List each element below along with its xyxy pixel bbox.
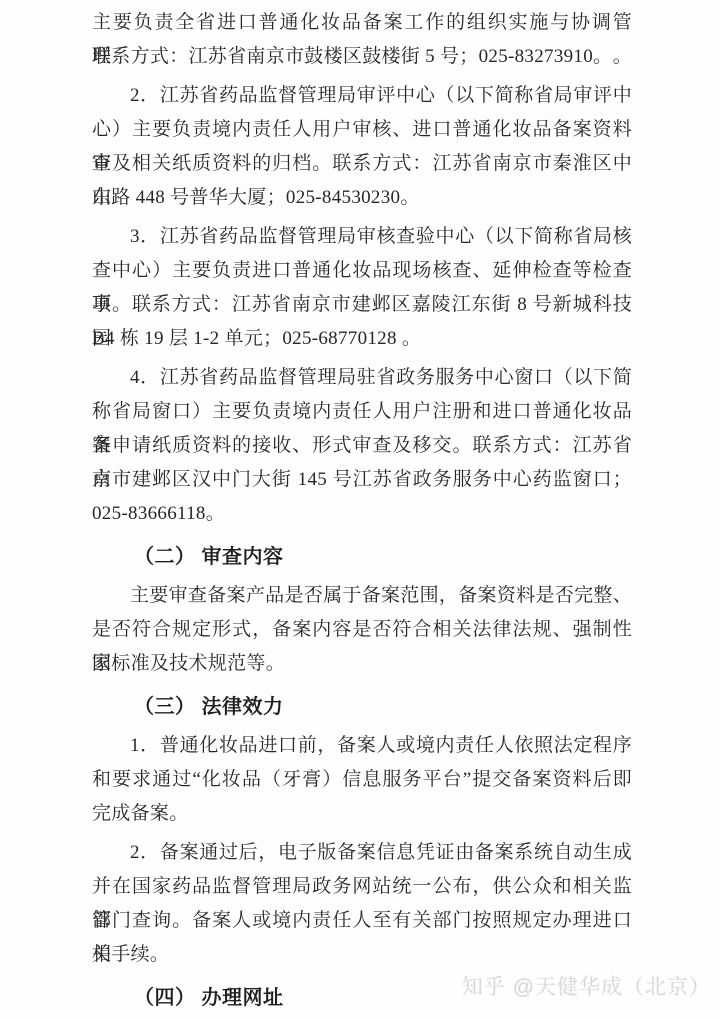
paragraph-item-4: 4．江苏省药品监督管理局驻省政务服务中心窗口（以下简 称省局窗口）主要负责境内责… <box>92 361 632 531</box>
text-line: 东路 448 号普华大厦；025-84530230。 <box>92 181 632 215</box>
text-line: 家标准及技术规范等。 <box>92 647 632 681</box>
document-body: 主要负责全省进口普通化妆品备案工作的组织实施与协调管理。 联系方式：江苏省南京市… <box>92 6 632 1015</box>
paragraph: 2．备案通过后，电子版备案信息凭证由备案系统自动生成 并在国家药品监督管理局政务… <box>92 836 632 972</box>
text-line: 2．江苏省药品监督管理局审评中心（以下简称省局审评中 <box>92 79 632 113</box>
text-line: 是否符合规定形式，备案内容是否符合相关法律法规、强制性国 <box>92 613 632 647</box>
text-line: 查中心）主要负责进口普通化妆品现场核查、延伸检查等检查事 <box>92 254 632 288</box>
paragraph-item-2: 2．江苏省药品监督管理局审评中心（以下简称省局审评中 心）主要负责境内责任人用户… <box>92 79 632 215</box>
text-line: 心）主要负责境内责任人用户审核、进口普通化妆品备案资料审 <box>92 113 632 147</box>
text-line: 完成备案。 <box>92 797 632 831</box>
text-line: 关手续。 <box>92 938 632 972</box>
text-line: 联系方式：江苏省南京市鼓楼区鼓楼街 5 号；025-83273910。 <box>92 40 632 74</box>
text-line: 查及相关纸质资料的归档。联系方式：江苏省南京市秦淮区中山 <box>92 147 632 181</box>
text-line: 称省局窗口）主要负责境内责任人用户注册和进口普通化妆品备 <box>92 395 632 429</box>
paragraph: 主要审查备案产品是否属于备案范围，备案资料是否完整、 是否符合规定形式，备案内容… <box>92 579 632 681</box>
document-page: 主要负责全省进口普通化妆品备案工作的组织实施与协调管理。 联系方式：江苏省南京市… <box>0 0 720 1019</box>
text-line: 3．江苏省药品监督管理局审核查验中心（以下简称省局核 <box>92 220 632 254</box>
zhihu-watermark: 知乎 @天健华成（北京） <box>462 971 711 1001</box>
section-heading-review-content: （二） 审查内容 <box>92 540 632 574</box>
text-line: 项。联系方式：江苏省南京市建邺区嘉陵江东街 8 号新城科技园 <box>92 288 632 322</box>
section-heading-legal-effect: （三） 法律效力 <box>92 690 632 724</box>
text-line: 1．普通化妆品进口前，备案人或境内责任人依照法定程序 <box>92 729 632 763</box>
text-line: 2．备案通过后，电子版备案信息凭证由备案系统自动生成 <box>92 836 632 870</box>
text-line: 和要求通过“化妆品（牙膏）信息服务平台”提交备案资料后即 <box>92 763 632 797</box>
text-line: B4 栋 19 层 1-2 单元；025-68770128 。 <box>92 322 632 356</box>
text-line: 主要审查备案产品是否属于备案范围，备案资料是否完整、 <box>92 579 632 613</box>
text-line: 025-83666118。 <box>92 497 632 531</box>
text-line: 4．江苏省药品监督管理局驻省政务服务中心窗口（以下简 <box>92 361 632 395</box>
paragraph-continuation: 主要负责全省进口普通化妆品备案工作的组织实施与协调管理。 联系方式：江苏省南京市… <box>92 6 632 74</box>
text-line: 主要负责全省进口普通化妆品备案工作的组织实施与协调管理。 <box>92 6 632 40</box>
text-line: 并在国家药品监督管理局政务网站统一公布，供公众和相关监管 <box>92 870 632 904</box>
text-line: 部门查询。备案人或境内责任人至有关部门按照规定办理进口相 <box>92 904 632 938</box>
text-line: 京市建邺区汉中门大街 145 号江苏省政务服务中心药监窗口； <box>92 463 632 497</box>
paragraph-item-3: 3．江苏省药品监督管理局审核查验中心（以下简称省局核 查中心）主要负责进口普通化… <box>92 220 632 356</box>
paragraph: 1．普通化妆品进口前，备案人或境内责任人依照法定程序 和要求通过“化妆品（牙膏）… <box>92 729 632 831</box>
text-line: 案申请纸质资料的接收、形式审查及移交。联系方式：江苏省南 <box>92 429 632 463</box>
